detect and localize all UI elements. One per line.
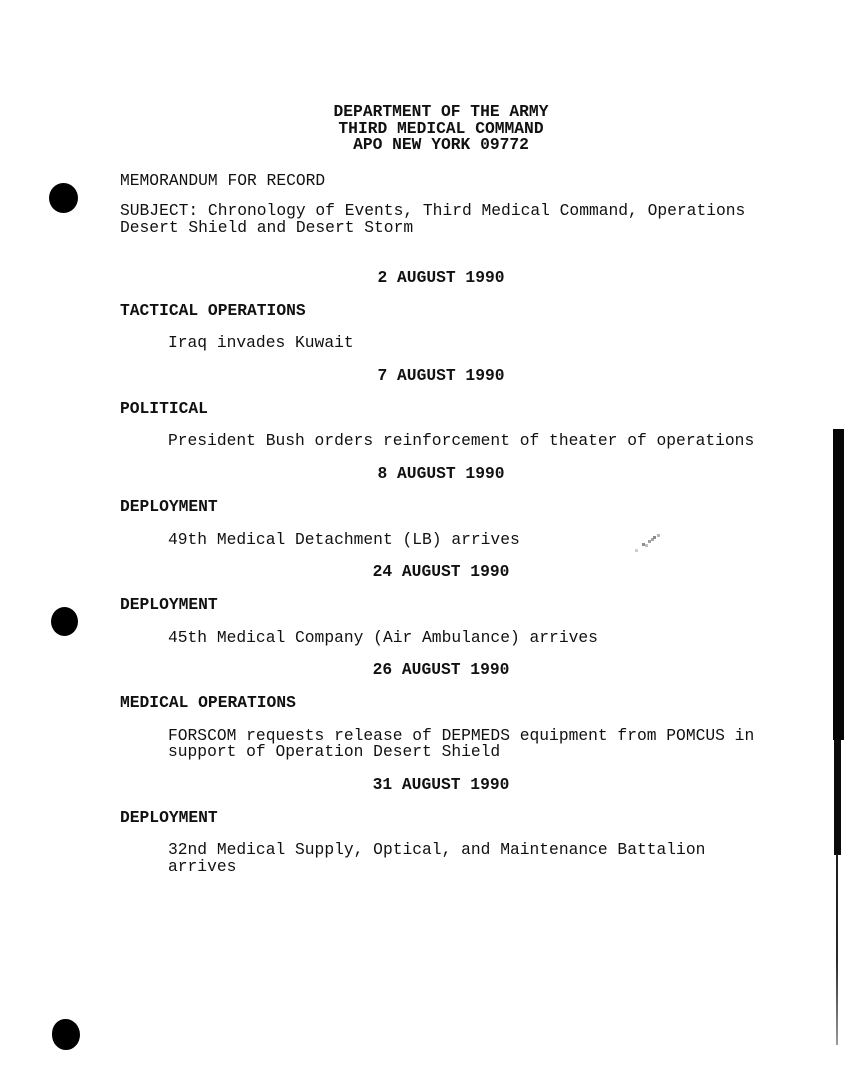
entry-date: 31 AUGUST 1990: [120, 777, 762, 794]
memorandum-for-record-line: MEMORANDUM FOR RECORD: [120, 173, 762, 190]
entry-date: 26 AUGUST 1990: [120, 662, 762, 679]
hole-punch-mark-middle: [51, 607, 78, 636]
entry-section-heading: DEPLOYMENT: [120, 499, 762, 516]
chronology-entry-2: 7 AUGUST 1990 POLITICAL President Bush o…: [120, 368, 762, 450]
entry-section-heading: DEPLOYMENT: [120, 810, 762, 827]
entry-body-text: Iraq invades Kuwait: [168, 335, 773, 352]
hole-punch-mark-top: [49, 183, 78, 213]
chronology-entry-1: 2 AUGUST 1990 TACTICAL OPERATIONS Iraq i…: [120, 270, 762, 352]
scan-artifact-bar-mid: [834, 739, 841, 855]
chronology-entry-4: 24 AUGUST 1990 DEPLOYMENT 45th Medical C…: [120, 564, 762, 646]
entry-section-heading: POLITICAL: [120, 401, 762, 418]
scanned-memo-page: DEPARTMENT OF THE ARMY THIRD MEDICAL COM…: [0, 0, 850, 1079]
scan-artifact-bar-thick: [833, 429, 844, 740]
entry-date: 2 AUGUST 1990: [120, 270, 762, 287]
entry-body-text: President Bush orders reinforcement of t…: [168, 433, 773, 450]
entry-date: 24 AUGUST 1990: [120, 564, 762, 581]
memo-content: DEPARTMENT OF THE ARMY THIRD MEDICAL COM…: [120, 104, 762, 891]
scan-smudge-mark: [642, 543, 645, 546]
entry-body-text: 45th Medical Company (Air Ambulance) arr…: [168, 630, 773, 647]
letterhead-line-apo: APO NEW YORK 09772: [120, 137, 762, 154]
entry-section-heading: DEPLOYMENT: [120, 597, 762, 614]
chronology-entry-5: 26 AUGUST 1990 MEDICAL OPERATIONS FORSCO…: [120, 662, 762, 760]
chronology-entry-6: 31 AUGUST 1990 DEPLOYMENT 32nd Medical S…: [120, 777, 762, 875]
entry-date: 7 AUGUST 1990: [120, 368, 762, 385]
entry-section-heading: TACTICAL OPERATIONS: [120, 303, 762, 320]
hole-punch-mark-bottom: [52, 1019, 80, 1050]
entry-section-heading: MEDICAL OPERATIONS: [120, 695, 762, 712]
subject-line: SUBJECT: Chronology of Events, Third Med…: [120, 203, 762, 236]
entry-date: 8 AUGUST 1990: [120, 466, 762, 483]
letterhead: DEPARTMENT OF THE ARMY THIRD MEDICAL COM…: [120, 104, 762, 154]
chronology-entry-3: 8 AUGUST 1990 DEPLOYMENT 49th Medical De…: [120, 466, 762, 548]
scan-artifact-bar-thin: [836, 854, 838, 1045]
entry-body-text: 32nd Medical Supply, Optical, and Mainte…: [168, 842, 773, 875]
entry-body-text: 49th Medical Detachment (LB) arrives: [168, 532, 773, 549]
entry-body-text: FORSCOM requests release of DEPMEDS equi…: [168, 728, 773, 761]
